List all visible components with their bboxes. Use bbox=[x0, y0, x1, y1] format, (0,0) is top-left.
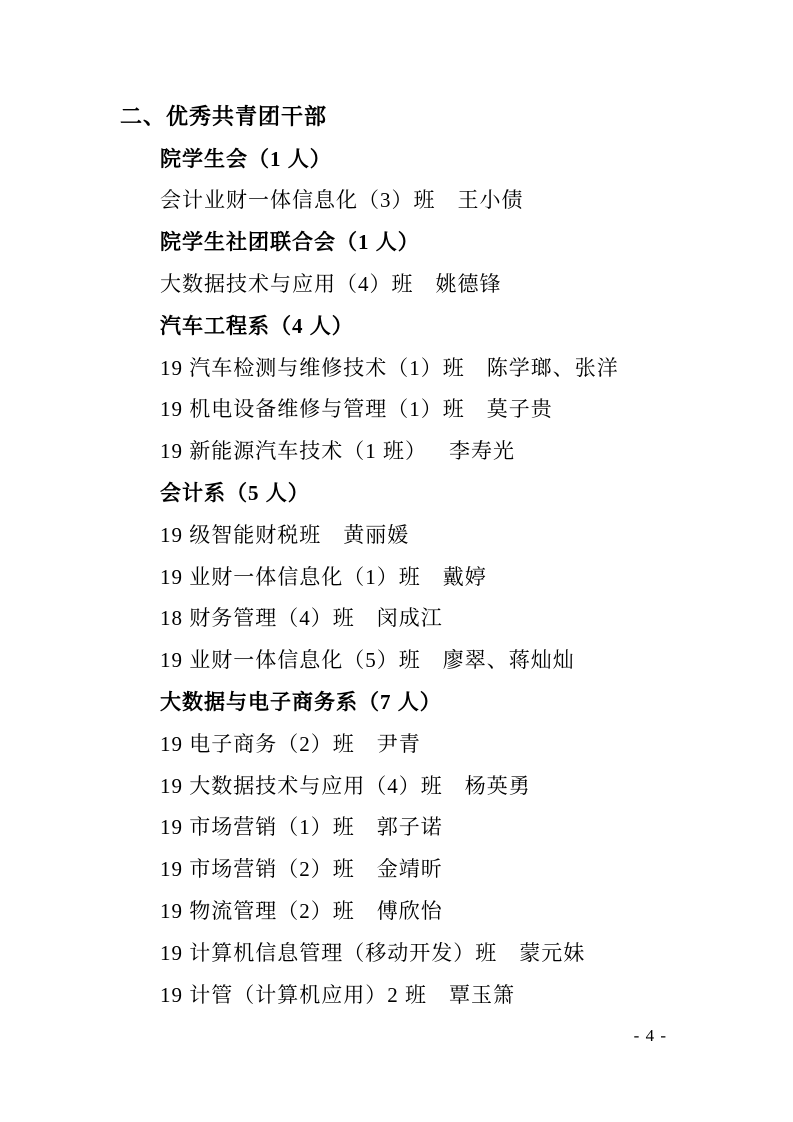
class-label: 19 大数据技术与应用（4）班 bbox=[160, 770, 443, 800]
class-label: 19 新能源汽车技术（1 班） bbox=[160, 435, 427, 465]
class-label: 19 级智能财税班 bbox=[160, 519, 321, 549]
class-label: 会计业财一体信息化（3）班 bbox=[160, 184, 436, 214]
student-names: 覃玉箫 bbox=[449, 979, 515, 1009]
page-number: - 4 - bbox=[634, 1026, 667, 1046]
class-label: 19 业财一体信息化（1）班 bbox=[160, 561, 421, 591]
list-item: 19 大数据技术与应用（4）班杨英勇 bbox=[160, 764, 743, 806]
class-label: 19 市场营销（1）班 bbox=[160, 811, 355, 841]
section-title-qiche-gongchengxi: 汽车工程系（4 人） bbox=[160, 304, 743, 346]
student-names: 郭子诺 bbox=[377, 811, 443, 841]
class-label: 19 计算机信息管理（移动开发）班 bbox=[160, 937, 497, 967]
list-item: 19 计管（计算机应用）2 班覃玉箫 bbox=[160, 973, 743, 1015]
section-title-dashuju-dianshangxi: 大数据与电子商务系（7 人） bbox=[160, 680, 743, 722]
class-label: 19 市场营销（2）班 bbox=[160, 853, 355, 883]
class-label: 19 物流管理（2）班 bbox=[160, 895, 355, 925]
list-item: 19 级智能财税班黄丽媛 bbox=[160, 513, 743, 555]
list-item: 19 汽车检测与维修技术（1）班陈学瑯、张洋 bbox=[160, 346, 743, 388]
section-title-kuaijixi: 会计系（5 人） bbox=[160, 471, 743, 513]
student-names: 李寿光 bbox=[449, 435, 515, 465]
class-label: 19 业财一体信息化（5）班 bbox=[160, 644, 421, 674]
page-title: 二、优秀共青团干部 bbox=[120, 95, 743, 137]
list-item: 19 业财一体信息化（1）班戴婷 bbox=[160, 555, 743, 597]
student-names: 莫子贵 bbox=[487, 393, 553, 423]
class-label: 19 汽车检测与维修技术（1）班 bbox=[160, 352, 465, 382]
student-names: 王小债 bbox=[458, 184, 524, 214]
student-names: 闵成江 bbox=[377, 602, 443, 632]
class-label: 18 财务管理（4）班 bbox=[160, 602, 355, 632]
document-page: 二、优秀共青团干部 院学生会（1 人） 会计业财一体信息化（3）班王小债 院学生… bbox=[0, 0, 793, 1122]
student-names: 戴婷 bbox=[443, 561, 487, 591]
student-names: 蒙元妹 bbox=[519, 937, 585, 967]
list-item: 大数据技术与应用（4）班姚德锋 bbox=[160, 262, 743, 304]
student-names: 陈学瑯、张洋 bbox=[487, 352, 619, 382]
class-label: 19 电子商务（2）班 bbox=[160, 728, 355, 758]
list-item: 19 电子商务（2）班尹青 bbox=[160, 722, 743, 764]
section-title-shetuan-lianhehui: 院学生社团联合会（1 人） bbox=[160, 220, 743, 262]
list-item: 19 业财一体信息化（5）班廖翠、蒋灿灿 bbox=[160, 638, 743, 680]
list-item: 19 市场营销（1）班郭子诺 bbox=[160, 806, 743, 848]
list-item: 19 物流管理（2）班傅欣怡 bbox=[160, 889, 743, 931]
student-names: 杨英勇 bbox=[465, 770, 531, 800]
class-label: 19 机电设备维修与管理（1）班 bbox=[160, 393, 465, 423]
student-names: 尹青 bbox=[377, 728, 421, 758]
student-names: 黄丽媛 bbox=[343, 519, 409, 549]
list-item: 19 计算机信息管理（移动开发）班蒙元妹 bbox=[160, 931, 743, 973]
list-item: 会计业财一体信息化（3）班王小债 bbox=[160, 179, 743, 221]
document-body: 二、优秀共青团干部 院学生会（1 人） 会计业财一体信息化（3）班王小债 院学生… bbox=[120, 95, 743, 1015]
list-item: 19 机电设备维修与管理（1）班莫子贵 bbox=[160, 388, 743, 430]
section-title-yuan-xueshenghui: 院学生会（1 人） bbox=[160, 137, 743, 179]
student-names: 傅欣怡 bbox=[377, 895, 443, 925]
student-names: 廖翠、蒋灿灿 bbox=[443, 644, 575, 674]
class-label: 大数据技术与应用（4）班 bbox=[160, 268, 414, 298]
student-names: 姚德锋 bbox=[436, 268, 502, 298]
list-item: 18 财务管理（4）班闵成江 bbox=[160, 597, 743, 639]
class-label: 19 计管（计算机应用）2 班 bbox=[160, 979, 427, 1009]
list-item: 19 市场营销（2）班金靖昕 bbox=[160, 847, 743, 889]
student-names: 金靖昕 bbox=[377, 853, 443, 883]
list-item: 19 新能源汽车技术（1 班）李寿光 bbox=[160, 429, 743, 471]
